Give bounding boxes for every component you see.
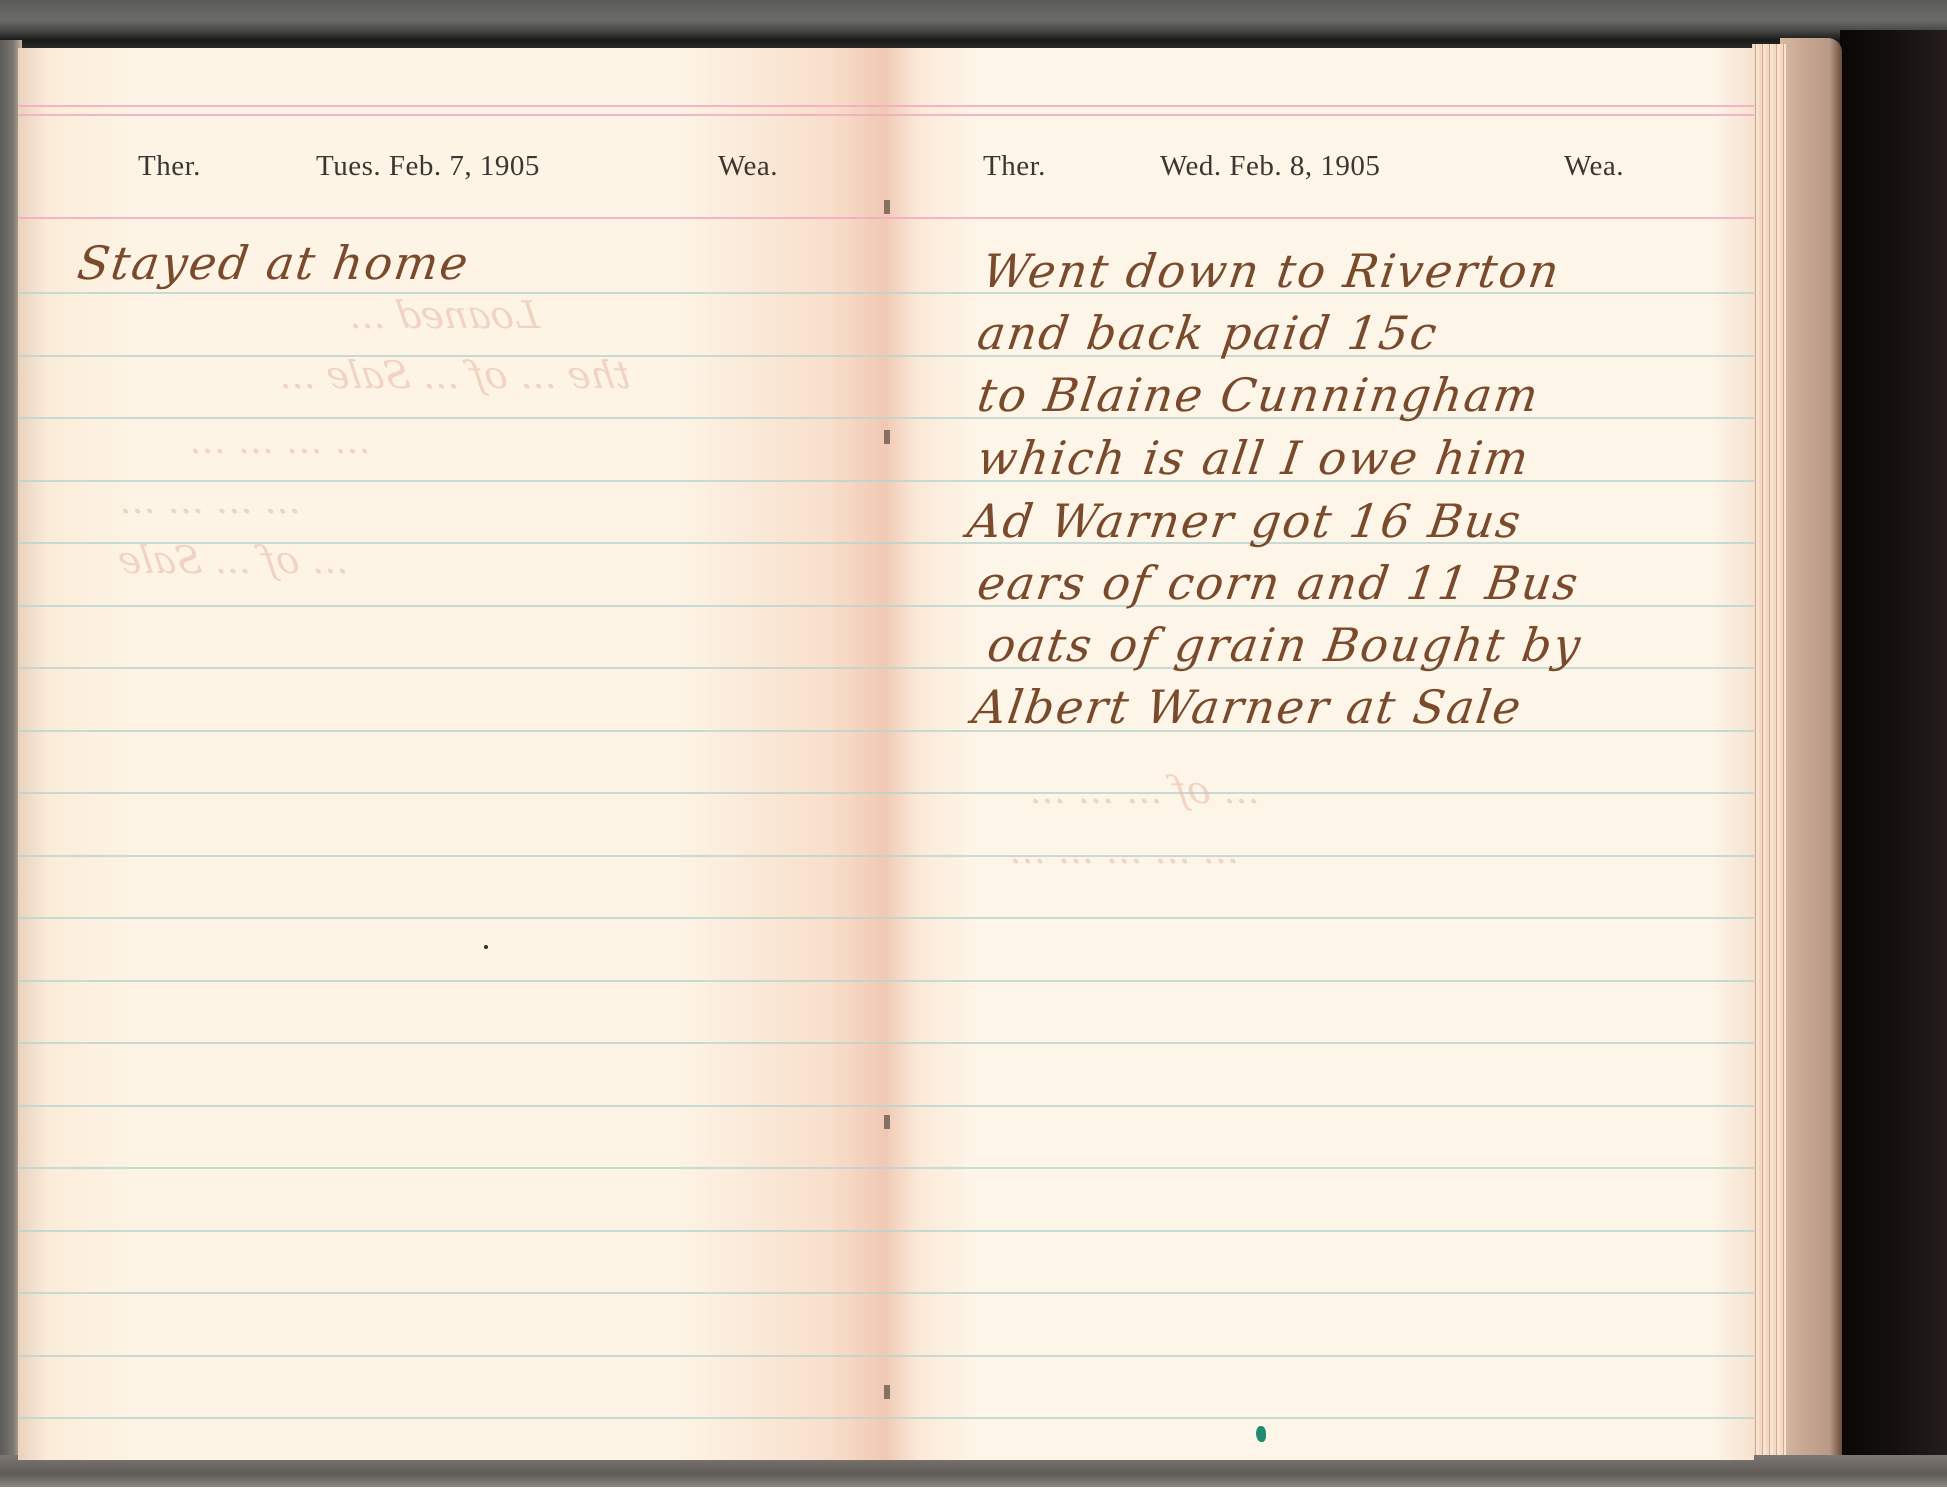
handwritten-entry-line: ears of corn and 11 Bus <box>974 556 1583 610</box>
blue-rule <box>18 792 890 794</box>
blue-rule <box>888 1167 1754 1169</box>
date-heading: Wed. Feb. 8, 1905 <box>1160 150 1380 183</box>
spine-stitch <box>884 430 890 444</box>
scanner-top-border <box>0 0 1947 48</box>
handwritten-entry-line: Stayed at home <box>74 236 473 290</box>
blue-rule <box>18 1292 890 1294</box>
handwritten-entry-line: to Blaine Cunningham <box>974 368 1543 422</box>
wea-label: Wea. <box>718 150 778 183</box>
handwritten-entry-line: oats of grain Bought by <box>984 618 1585 672</box>
blue-rule <box>888 1230 1754 1232</box>
handwritten-entry-line: and back paid 15c <box>974 306 1442 360</box>
handwritten-entry-line: Went down to Riverton <box>979 244 1564 298</box>
pink-rule <box>888 114 1754 116</box>
green-ink-speck <box>1256 1426 1266 1442</box>
pink-rule <box>18 217 890 219</box>
book-cover-edge <box>1780 38 1842 1468</box>
scanner-right-shadow <box>1840 30 1947 1460</box>
page-stack-edge <box>1752 44 1786 1464</box>
blue-rule <box>18 1167 890 1169</box>
handwritten-entry-line: Ad Warner got 16 Bus <box>964 494 1525 548</box>
wea-label: Wea. <box>1564 150 1624 183</box>
spine-stitch <box>884 200 890 214</box>
blue-rule <box>18 1105 890 1107</box>
right-page: Ther. Wed. Feb. 8, 1905 Wea. Went down t… <box>888 48 1754 1460</box>
date-heading: Tues. Feb. 7, 1905 <box>316 150 540 183</box>
handwritten-entry-line: which is all I owe him <box>974 431 1533 485</box>
blue-rule <box>888 1042 1754 1044</box>
blue-rule <box>18 980 890 982</box>
blue-rule <box>888 1292 1754 1294</box>
blue-rule <box>18 917 890 919</box>
bleed-through-text: ... of ... Sale <box>115 538 350 582</box>
handwritten-entry-line: Albert Warner at Sale <box>969 680 1526 734</box>
blue-rule <box>18 730 890 732</box>
blue-rule <box>18 1230 890 1232</box>
bleed-through-text: Loaned ... <box>345 293 542 337</box>
bleed-through-text: ... ... ... ... <box>185 418 372 462</box>
blue-rule <box>888 1417 1754 1419</box>
blue-rule <box>18 1355 890 1357</box>
pink-rule <box>18 114 890 116</box>
blue-rule <box>18 855 890 857</box>
blue-rule <box>888 1105 1754 1107</box>
ther-label: Ther. <box>138 150 201 183</box>
blue-rule <box>888 792 1754 794</box>
blue-rule <box>18 605 890 607</box>
ink-speck <box>484 945 488 949</box>
bleed-through-text: ... ... ... ... <box>115 478 302 522</box>
bleed-through-text: ... of ... ... ... <box>1025 768 1261 812</box>
pink-rule <box>888 217 1754 219</box>
ther-label: Ther. <box>983 150 1046 183</box>
blue-rule <box>18 417 890 419</box>
spine-stitch <box>884 1385 890 1399</box>
blue-rule <box>888 917 1754 919</box>
bleed-through-text: ... ... ... ... ... <box>1005 828 1241 872</box>
pink-rule <box>18 105 890 107</box>
blue-rule <box>888 980 1754 982</box>
blue-rule <box>18 667 890 669</box>
blue-rule <box>18 1417 890 1419</box>
left-page: Ther. Tues. Feb. 7, 1905 Wea. Loaned ...… <box>18 48 890 1460</box>
blue-rule <box>18 1042 890 1044</box>
bleed-through-text: the ... of ... Sale ... <box>275 353 633 397</box>
spine-stitch <box>884 1115 890 1129</box>
blue-rule <box>888 1355 1754 1357</box>
pink-rule <box>888 105 1754 107</box>
